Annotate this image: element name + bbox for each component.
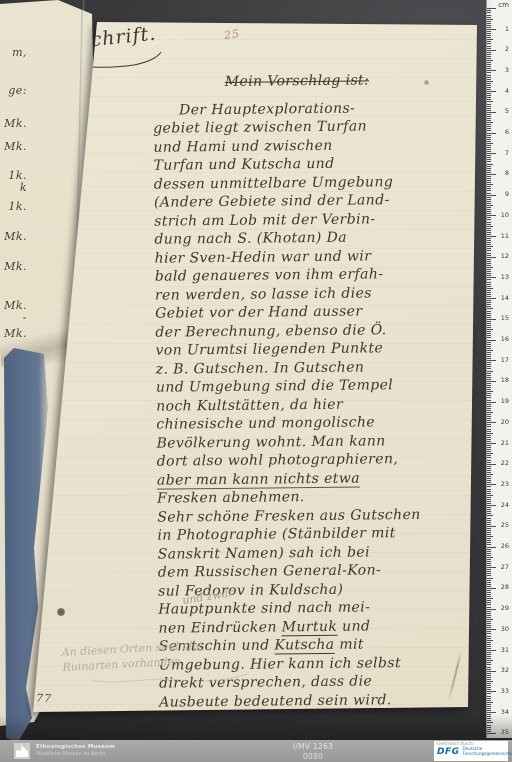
ruler-tick — [487, 466, 491, 467]
ruler-tick — [487, 482, 491, 483]
ruler-tick — [487, 195, 496, 196]
ruler-tick — [487, 342, 491, 343]
ruler-tick — [487, 304, 491, 305]
ruler-tick — [487, 17, 491, 18]
ruler-tick — [487, 104, 491, 105]
ruler-tick — [487, 352, 491, 353]
ruler-tick — [487, 654, 491, 655]
ruler-tick — [487, 607, 491, 608]
ruler-tick — [487, 141, 491, 142]
ruler-tick — [487, 116, 491, 117]
ruler-tick — [487, 689, 491, 690]
ruler-tick — [487, 364, 491, 365]
ruler-tick — [487, 112, 496, 113]
ruler-tick — [487, 439, 491, 440]
ruler-tick — [487, 588, 496, 589]
dfg-logo: DFG — [437, 747, 460, 757]
ruler-tick — [487, 275, 491, 276]
ruler-tick — [487, 219, 491, 220]
ruler-number: 4 — [505, 88, 509, 95]
ruler-tick — [487, 50, 496, 51]
shelfmark: I/MV 1263 — [270, 742, 356, 751]
ruler-tick — [487, 569, 491, 570]
ruler-tick — [487, 35, 491, 36]
ruler-tick — [487, 513, 491, 514]
institution-name: Ethnologisches Museum — [36, 744, 115, 750]
ruler-tick — [487, 10, 491, 11]
ruler-tick — [487, 176, 491, 177]
ruler-tick — [487, 698, 491, 699]
ruler-tick — [487, 509, 491, 510]
ruler-tick — [487, 671, 496, 672]
ruler-tick — [487, 236, 496, 237]
ruler-tick — [487, 244, 491, 245]
ruler-tick — [487, 518, 491, 519]
ruler-tick — [487, 429, 491, 430]
ruler-number: 14 — [501, 295, 509, 302]
ruler-tick — [487, 296, 491, 297]
ruler-tick — [487, 507, 491, 508]
ruler-tick — [487, 178, 491, 179]
ruler-tick — [487, 133, 496, 134]
ruler-tick — [487, 457, 491, 458]
ruler-tick — [487, 201, 491, 202]
ruler-tick — [487, 379, 491, 380]
ruler-tick — [487, 571, 491, 572]
ruler-tick — [487, 259, 491, 260]
ruler-tick — [487, 170, 491, 171]
ruler-tick — [487, 135, 491, 136]
ruler-tick — [487, 669, 491, 670]
ruler-tick — [487, 395, 491, 396]
ruler-tick — [487, 544, 491, 545]
ruler-tick — [487, 340, 496, 341]
ruler-tick — [487, 230, 491, 231]
ruler-tick — [487, 441, 491, 442]
ruler-tick — [487, 385, 491, 386]
ruler-tick — [487, 261, 491, 262]
ruler-tick — [487, 79, 491, 80]
ruler-tick — [487, 106, 491, 107]
ruler-tick — [487, 331, 491, 332]
ruler-tick — [487, 232, 491, 233]
ruler-tick — [487, 362, 491, 363]
ruler-tick — [487, 83, 491, 84]
ruler-tick — [487, 652, 491, 653]
ruler-tick — [487, 23, 491, 24]
ruler-tick — [487, 327, 491, 328]
ruler-tick — [487, 646, 491, 647]
ruler-tick — [487, 619, 493, 620]
ruler-tick — [487, 470, 491, 471]
ruler-tick — [487, 660, 493, 661]
ruler-tick — [487, 530, 491, 531]
ruler-tick — [487, 410, 491, 411]
image-number: 0080 — [270, 752, 356, 761]
page-fragment-text: Mk. — [4, 230, 27, 243]
institution-subtitle: Staatliche Museen zu Berlin — [36, 751, 115, 757]
ruler-tick — [487, 445, 491, 446]
scan-viewport: m,ge:Mk.Mk.1k.k1k.Mk.Mk.Mk.-Mk. Abschrif… — [0, 0, 512, 762]
ruler-number: 23 — [501, 481, 509, 488]
ruler-tick — [487, 238, 491, 239]
ruler-tick — [487, 64, 491, 65]
ruler-tick — [487, 368, 491, 369]
ruler-tick — [487, 633, 491, 634]
ruler-tick — [487, 710, 491, 711]
ruler-tick — [487, 584, 491, 585]
ruler-tick — [487, 193, 491, 194]
ruler-tick — [487, 406, 491, 407]
ruler-tick — [487, 188, 491, 189]
ruler-tick — [487, 491, 491, 492]
ruler-tick — [487, 553, 491, 554]
ruler-tick — [487, 549, 491, 550]
ruler-tick — [487, 164, 493, 165]
ruler-tick — [487, 375, 491, 376]
ruler-tick — [487, 128, 491, 129]
ruler-tick — [487, 39, 493, 40]
page-fragment-text: Mk. — [4, 260, 27, 273]
ruler-number: 25 — [501, 522, 509, 529]
ruler-tick — [487, 505, 496, 506]
ruler-tick — [487, 224, 491, 225]
ruler-tick — [487, 242, 491, 243]
ruler-tick — [487, 418, 491, 419]
ruler-tick — [487, 21, 491, 22]
ruler-tick — [487, 679, 491, 680]
paper-spot — [54, 400, 61, 407]
ruler-number: 10 — [501, 212, 509, 219]
ruler-unit-label: cm — [498, 1, 509, 9]
ruler-tick — [487, 377, 491, 378]
ruler-tick — [487, 575, 491, 576]
ruler-tick — [487, 255, 491, 256]
ruler-number: 30 — [501, 626, 509, 633]
ruler-tick — [487, 511, 491, 512]
ruler-tick — [487, 696, 491, 697]
ruler-tick — [487, 215, 496, 216]
ruler-tick — [487, 52, 491, 53]
ruler-tick — [487, 617, 491, 618]
ruler-tick — [487, 269, 491, 270]
ruler-tick — [487, 68, 491, 69]
ruler-tick — [487, 203, 491, 204]
ruler-tick — [487, 424, 491, 425]
cm-ruler: cm 1234567891011121314151617181920212223… — [486, 0, 512, 738]
ruler-tick — [487, 592, 491, 593]
ruler-tick — [487, 381, 496, 382]
ruler-tick — [487, 551, 491, 552]
ruler-tick — [487, 344, 491, 345]
ruler-number: 6 — [505, 129, 509, 136]
ruler-tick — [487, 292, 491, 293]
ruler-tick — [487, 489, 491, 490]
ruler-tick — [487, 476, 491, 477]
ruler-tick — [487, 567, 496, 568]
ruler-tick — [487, 205, 493, 206]
manuscript-line: Ausbeute bedeutend sein wird. — [159, 690, 479, 712]
ruler-tick — [487, 186, 491, 187]
ruler-tick — [487, 691, 496, 692]
ruler-tick — [487, 70, 496, 71]
ruler-tick — [487, 267, 493, 268]
ruler-tick — [487, 130, 491, 131]
ruler-tick — [487, 594, 491, 595]
ruler-tick — [487, 122, 493, 123]
ruler-tick — [487, 120, 491, 121]
ruler-tick — [487, 621, 491, 622]
ruler-tick — [487, 149, 491, 150]
ruler-tick — [487, 298, 496, 299]
ruler-number: 21 — [501, 440, 509, 447]
ruler-tick — [487, 493, 491, 494]
ruler-tick — [487, 257, 496, 258]
ruler-tick — [487, 431, 491, 432]
ruler-tick — [487, 586, 491, 587]
ruler-tick — [487, 211, 491, 212]
ruler-tick — [487, 99, 491, 100]
ruler-tick — [487, 497, 491, 498]
ruler-tick — [487, 662, 491, 663]
ruler-tick — [487, 582, 491, 583]
ruler-tick — [487, 333, 491, 334]
ruler-tick — [487, 486, 491, 487]
pencil-flourish-icon — [90, 672, 250, 686]
ruler-tick — [487, 93, 491, 94]
ruler-tick — [487, 300, 491, 301]
ruler-tick — [487, 522, 491, 523]
ruler-tick — [487, 704, 491, 705]
ruler-tick — [487, 499, 491, 500]
ruler-number: 8 — [505, 170, 509, 177]
ruler-tick — [487, 15, 491, 16]
ruler-tick — [487, 460, 491, 461]
ruler-tick — [487, 58, 491, 59]
ruler-tick — [487, 87, 491, 88]
ruler-tick — [487, 228, 491, 229]
ruler-tick — [487, 46, 491, 47]
ruler-tick — [487, 60, 493, 61]
ruler-tick — [487, 226, 493, 227]
ruler-number: 5 — [505, 108, 509, 115]
ruler-tick — [487, 702, 493, 703]
ruler-tick — [487, 636, 491, 637]
ruler-tick — [487, 642, 491, 643]
ruler-tick — [487, 282, 491, 283]
ruler-tick — [487, 667, 491, 668]
ruler-tick — [487, 234, 491, 235]
ruler-tick — [487, 435, 491, 436]
ruler-tick — [487, 124, 491, 125]
ruler-tick — [487, 151, 491, 152]
ruler-tick — [487, 611, 491, 612]
ruler-tick — [487, 455, 491, 456]
paper-spot — [57, 608, 65, 616]
ruler-tick — [487, 354, 491, 355]
ruler-tick — [487, 402, 496, 403]
ruler-tick — [487, 629, 496, 630]
ruler-tick — [487, 54, 491, 55]
ruler-tick — [487, 532, 491, 533]
ruler-tick — [487, 451, 491, 452]
ruler-tick — [487, 433, 493, 434]
ruler-tick — [487, 126, 491, 127]
ruler-tick — [487, 37, 491, 38]
ruler-tick — [487, 404, 491, 405]
ruler-tick — [487, 393, 491, 394]
ruler-number: 29 — [501, 605, 509, 612]
ruler-tick — [487, 317, 491, 318]
ruler-tick — [487, 325, 491, 326]
ruler-tick — [487, 604, 491, 605]
ruler-tick — [487, 706, 491, 707]
ruler-tick — [487, 197, 491, 198]
ruler-tick — [487, 683, 491, 684]
ruler-tick — [487, 681, 493, 682]
ruler-tick — [487, 66, 491, 67]
ruler-tick — [487, 29, 496, 30]
ruler-tick — [487, 43, 491, 44]
ruler-tick — [487, 222, 491, 223]
ruler-tick — [487, 290, 491, 291]
ruler-tick — [487, 420, 491, 421]
pencil-corner-number: 77 — [36, 692, 53, 706]
ruler-tick — [487, 561, 491, 562]
ruler-tick — [487, 528, 491, 529]
manuscript: Mein Vorschlag ist:Der Hauptexplorations… — [153, 70, 480, 711]
ruler-number: 12 — [501, 253, 509, 260]
ruler-tick — [487, 265, 491, 266]
shadow-gap — [0, 714, 512, 740]
ruler-tick — [487, 573, 491, 574]
ruler-tick — [487, 108, 491, 109]
page-fragment-text: m, — [12, 46, 27, 59]
ruler-tick — [487, 337, 491, 338]
ruler-tick — [487, 313, 491, 314]
ruler-tick — [487, 602, 491, 603]
ruler-tick — [487, 534, 491, 535]
ruler-tick — [487, 650, 496, 651]
ruler-tick — [487, 625, 491, 626]
ruler-tick — [487, 638, 491, 639]
ruler-tick — [487, 360, 496, 361]
ruler-tick — [487, 557, 493, 558]
manuscript-page: Abschrift. 25 Mein Vorschlag ist:Der Hau… — [30, 20, 482, 716]
ruler-tick — [487, 474, 493, 475]
ruler-tick — [487, 114, 491, 115]
ruler-tick — [487, 321, 491, 322]
ruler-number: 1 — [505, 26, 509, 33]
ruler-tick — [487, 250, 491, 251]
ruler-tick — [487, 700, 491, 701]
ruler-tick — [487, 673, 491, 674]
ruler-tick — [487, 449, 491, 450]
ruler-tick — [487, 209, 491, 210]
ruler-tick — [487, 56, 491, 57]
ruler-number: 3 — [505, 67, 509, 74]
ruler-tick — [487, 708, 491, 709]
ruler-number: 13 — [501, 274, 509, 281]
ruler-tick — [487, 72, 491, 73]
ruler-tick — [487, 580, 491, 581]
ruler-tick — [487, 389, 491, 390]
ruler-tick — [487, 143, 493, 144]
ruler-tick — [487, 174, 496, 175]
ruler-tick — [487, 95, 491, 96]
ruler-tick — [487, 578, 493, 579]
ruler-tick — [487, 329, 493, 330]
ruler-tick — [487, 311, 491, 312]
page-fragment-text: ge: — [8, 84, 27, 97]
paper-spot — [424, 80, 429, 85]
smb-logo-icon — [14, 743, 30, 759]
ruler-tick — [487, 495, 493, 496]
ruler-tick — [487, 263, 491, 264]
ruler-number: 32 — [501, 667, 509, 674]
ruler-tick — [487, 153, 496, 154]
page-fragment-text: Mk. — [4, 140, 27, 153]
ruler-tick — [487, 147, 491, 148]
ruler-number: 9 — [505, 191, 509, 198]
ruler-tick — [487, 217, 491, 218]
ruler-number: 27 — [501, 564, 509, 571]
ruler-tick — [487, 426, 491, 427]
ruler-number: 28 — [501, 584, 509, 591]
ruler-tick — [487, 315, 491, 316]
flourish-underline-icon — [44, 50, 166, 70]
page-fragment-text: Mk. — [4, 117, 27, 130]
ruler-tick — [487, 555, 491, 556]
ruler-tick — [487, 631, 491, 632]
ruler-tick — [487, 675, 491, 676]
ruler-tick — [487, 387, 491, 388]
ruler-tick — [487, 565, 491, 566]
ruler-tick — [487, 199, 491, 200]
page-fragment-text: k — [20, 181, 27, 194]
ruler-tick — [487, 180, 491, 181]
ruler-tick — [487, 383, 491, 384]
ruler-tick — [487, 397, 491, 398]
ruler-number: 33 — [501, 688, 509, 695]
ruler-tick — [487, 31, 491, 32]
ruler-number: 11 — [501, 233, 509, 240]
ruler-tick — [487, 408, 491, 409]
ruler-tick — [487, 472, 491, 473]
ruler-tick — [487, 590, 491, 591]
ruler-tick — [487, 248, 491, 249]
ruler-tick — [487, 118, 491, 119]
ruler-tick — [487, 400, 491, 401]
ruler-tick — [487, 416, 491, 417]
ruler-tick — [487, 350, 493, 351]
ruler-tick — [487, 137, 491, 138]
ruler-tick — [487, 615, 491, 616]
ruler-tick — [487, 306, 491, 307]
ruler-tick — [487, 89, 491, 90]
ruler-tick — [487, 155, 491, 156]
ruler-tick — [487, 85, 491, 86]
institution-block: Ethnologisches Museum Staatliche Museen … — [36, 744, 115, 757]
ruler-tick — [487, 27, 491, 28]
ruler-number: 15 — [501, 315, 509, 322]
ruler-tick — [487, 302, 491, 303]
ruler-tick — [487, 540, 491, 541]
ruler-number: 31 — [501, 647, 509, 654]
ruler-tick — [487, 288, 493, 289]
ruler-tick — [487, 664, 491, 665]
ruler-tick — [487, 542, 491, 543]
